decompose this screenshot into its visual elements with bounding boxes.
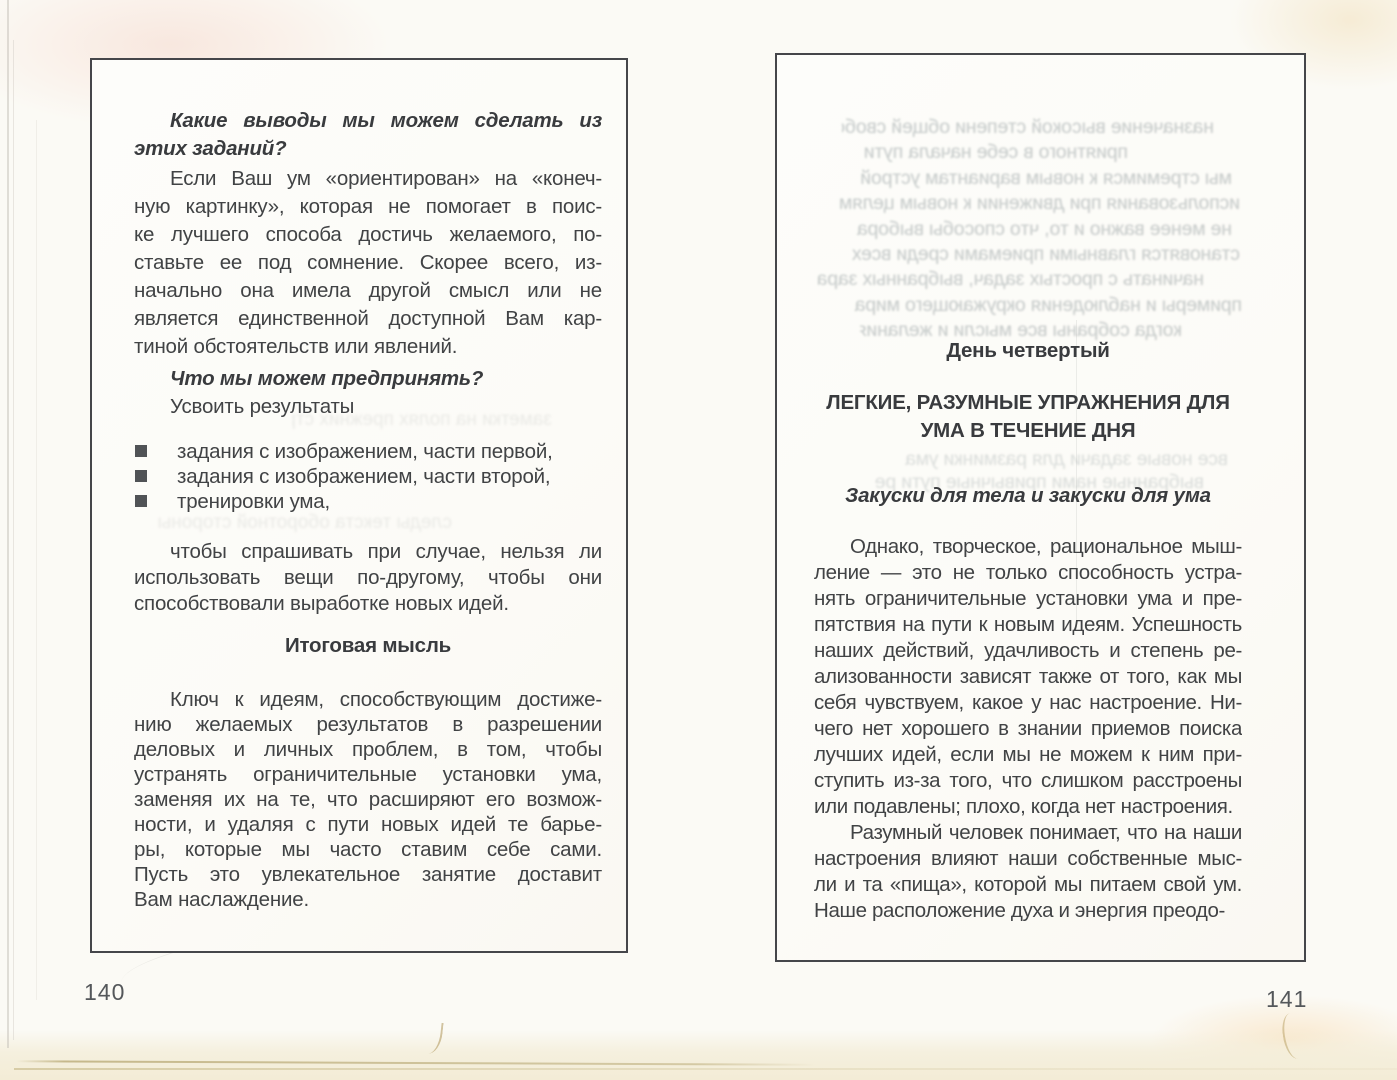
text-line: Однако, творческое, рациональное мыш- [814,534,1242,560]
bullet-item: тренировки ума, [134,489,602,514]
bleedthrough-line: не менее важно и то, что способы выбора [814,217,1232,242]
left-page-edge-line [36,120,37,1000]
text-line: устранять ограничительные установки ума, [134,762,602,787]
text-line: Ключ к идеям, способствующим достиже- [134,687,602,712]
text-line: заменяя их на те, что расширяют его возм… [134,787,602,812]
text-line: нять ограничительные установки ума и пре… [814,586,1242,612]
text-line: себя чувствуем, какое у нас настроение. … [814,690,1242,716]
bleedthrough-line: использования при движении к новым целям [814,191,1240,216]
bleedthrough-line: приятного в себе начала пути [842,140,1128,165]
text-line: или подавлены; плохо, когда нет настроен… [814,794,1242,820]
paragraph-reframe: Если Ваш ум «ориентирован» на «конеч-ную… [134,165,602,361]
heading-conclusions: Какие выводы мы можем сделать изэтих зад… [134,107,602,163]
book-edge-band [0,1030,1397,1080]
text-line: ке лучшего способа достичь желаемого, по… [134,221,602,249]
text-line: ры, которые мы часто ставим себе сами. [134,837,602,862]
bleedthrough-smudge: следы текста оборотной стороны листа [152,512,452,534]
left-page-edge-line [13,40,14,1040]
left-page-edge-line [7,0,9,1048]
text-line: чтобы спрашивать при случае, нельзя ли [134,539,602,565]
text-line: Наше расположение духа и энергия преодо- [814,898,1242,924]
bleedthrough-text-block: назначение высокой степени общей свободы… [814,115,1242,344]
text-line: Пусть это увлекательное занятие доставит [134,862,602,887]
text-line: Вам наслаждение. [134,887,602,912]
paragraph-purpose: чтобы спрашивать при случае, нельзя лиис… [134,539,602,617]
text-line: ставьте ее под сомнение. Скорее всего, и… [134,249,602,277]
page-edge-line [14,1068,1397,1070]
bleedthrough-line: примеры и наблюдения окружающего мира [822,293,1242,318]
chapter-title-line: ЛЕГКИЕ, РАЗУМНЫЕ УПРАЖНЕНИЯ ДЛЯ [814,389,1242,417]
bullet-list: задания с изображением, части первой,зад… [134,439,602,514]
heading-actions: Что мы можем предпринять? [134,367,602,391]
bullet-item: задания с изображением, части первой, [134,439,602,464]
text-line: настроения влияют наши собственные мыс- [814,846,1242,872]
text-line: ли и та «пища», которой мы питаем свой у… [814,872,1242,898]
text-line: ализованности зависят также от того, как… [814,664,1242,690]
bullet-item: задания с изображением, части второй, [134,464,602,489]
bleedthrough-line: назначение высокой степени общей свободы [842,115,1214,140]
heading-line: Какие выводы мы можем сделать из [134,107,602,135]
section-title: Закуски для тела и закуски для ума [812,484,1244,508]
bleedthrough-line: мы стремимся к новым вариантам устрой [850,166,1232,191]
text-line: лучших идей, если мы не можем к ним при- [814,742,1242,768]
text-line: Если Ваш ум «ориентирован» на «конеч- [134,165,602,193]
page-number-right: 141 [1266,986,1307,1013]
text-line: ступить из-за того, что слишком расстрое… [814,768,1242,794]
hair-artifact [1280,1012,1308,1061]
text-line: ление — это не только способность устра- [814,560,1242,586]
text-line: чего нет хорошего в знании приемов поиск… [814,716,1242,742]
hair-artifact [422,1021,443,1055]
text-line: тиной обстоятельств или явлений. [134,333,602,361]
book-scan: { "colors": { "frame": "#45464a", "ink":… [0,0,1397,1080]
bleedthrough-line: все новые задачи для разминки ума [828,448,1228,471]
text-line: ную картинку», которая не помогает в пои… [134,193,602,221]
chapter-title-line: УМА В ТЕЧЕНИЕ ДНЯ [814,417,1242,445]
text-line: является единственной доступной Вам кар- [134,305,602,333]
text-line: способствовали выработке новых идей. [134,591,602,617]
text-line: начально она имела другой смысл или не [134,277,602,305]
right-page: назначение высокой степени общей свободы… [775,53,1306,962]
text-line: ности, и удаляя с пути новых идей те бар… [134,812,602,837]
heading-summary: Итоговая мысль [134,634,602,658]
paragraph-wise-man: Разумный человек понимает, что на нашина… [814,820,1242,924]
paper-crease-line [1076,320,1077,630]
paragraph-mood: Однако, творческое, рациональное мыш-лен… [814,534,1242,820]
bleedthrough-line: начинать с простых задач, выбранных зара… [818,267,1204,292]
left-page: Какие выводы мы можем сделать изэтих зад… [90,58,628,953]
page-edge-line [16,1060,816,1065]
bleedthrough-line: становятся главными приемами среди всех [814,242,1240,267]
chapter-kicker: День четвертый [814,339,1242,363]
page-number-left: 140 [84,979,125,1006]
text-line: нию желаемых результатов в разрешении [134,712,602,737]
chapter-title: ЛЕГКИЕ, РАЗУМНЫЕ УПРАЖНЕНИЯ ДЛЯУМА В ТЕЧ… [814,389,1242,445]
bleedthrough-smudge: заметки на полях прежних страниц [292,409,552,431]
heading-line: этих заданий? [134,135,602,163]
text-line: использовать вещи по-другому, чтобы они [134,565,602,591]
text-line: наших действий, удачливость и степень ре… [814,638,1242,664]
text-line: пятствия на пути к новым идеям. Успешнос… [814,612,1242,638]
text-line: деловых и личных проблем, в том, чтобы [134,737,602,762]
paragraph-summary: Ключ к идеям, способствующим достиже-нию… [134,687,602,912]
text-line: Разумный человек понимает, что на наши [814,820,1242,846]
